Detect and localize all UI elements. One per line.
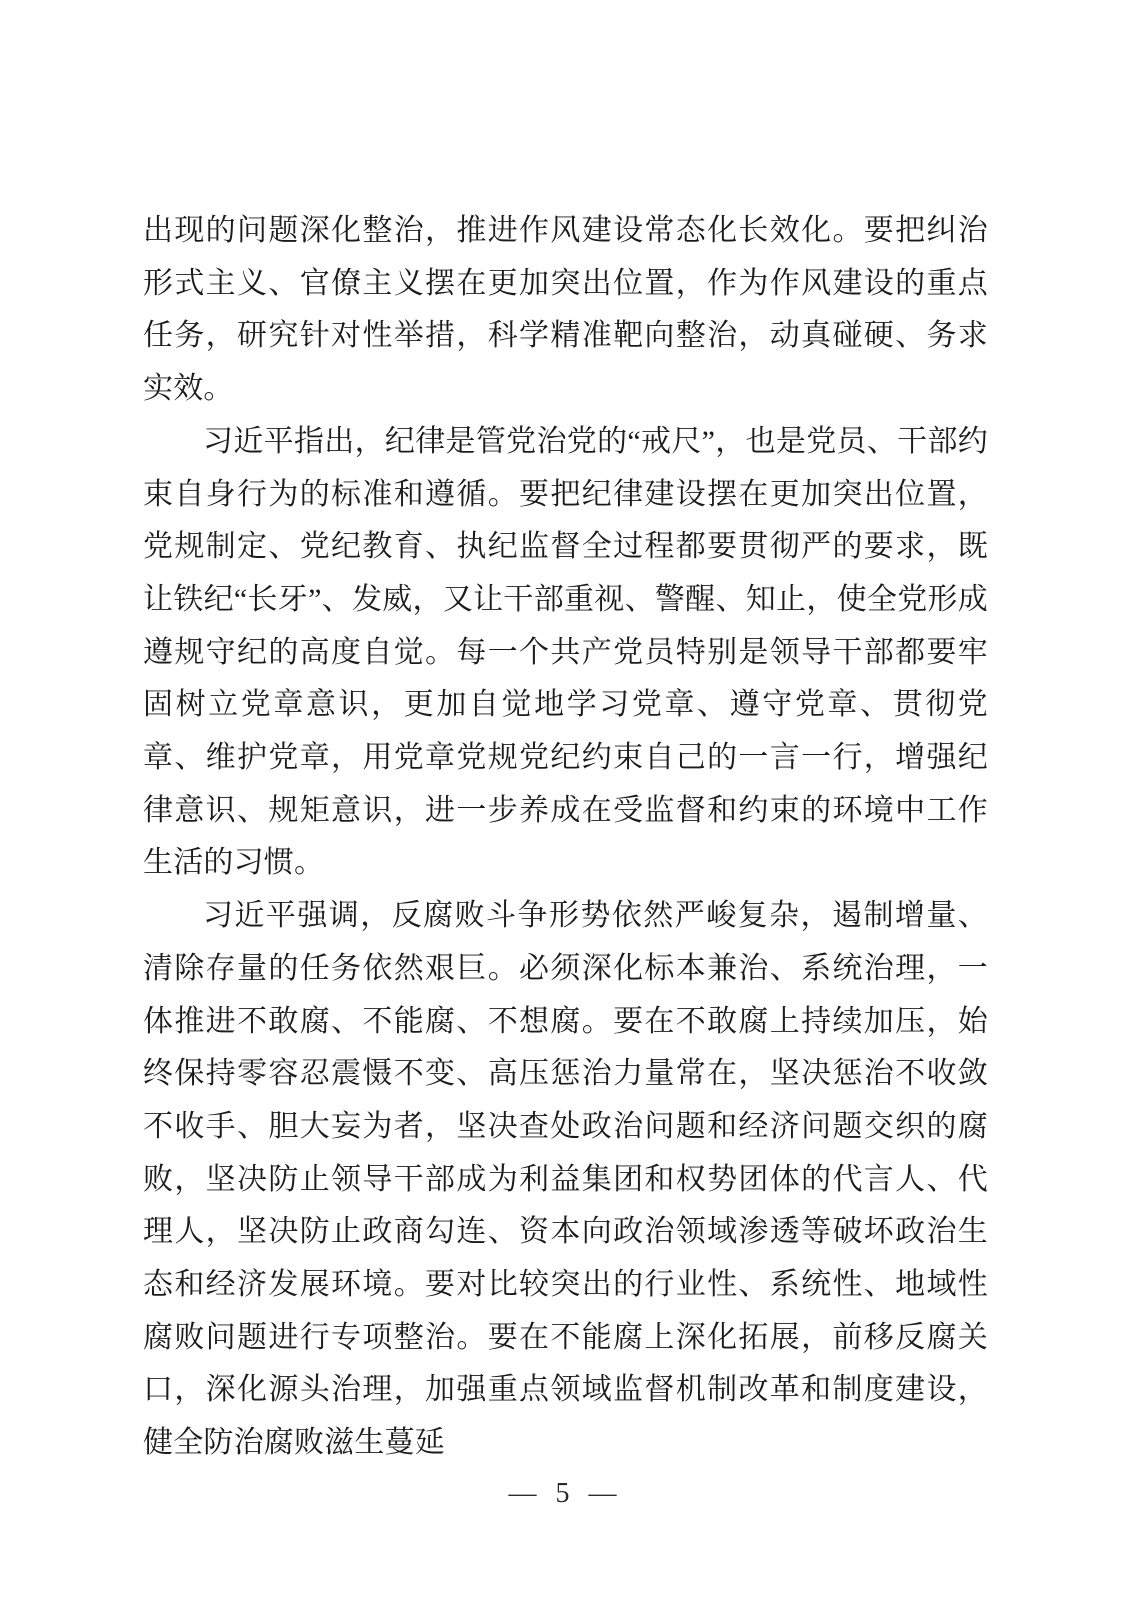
- document-page: 出现的问题深化整治，推进作风建设常态化长效化。要把纠治形式主义、官僚主义摆在更加…: [0, 0, 1131, 1600]
- page-number: — 5 —: [0, 1478, 1131, 1510]
- paragraph-anticorruption: 习近平强调，反腐败斗争形势依然严峻复杂，遏制增量、清除存量的任务依然艰巨。必须深…: [143, 890, 988, 1470]
- document-body: 出现的问题深化整治，推进作风建设常态化长效化。要把纠治形式主义、官僚主义摆在更加…: [143, 205, 988, 1470]
- paragraph-continuation: 出现的问题深化整治，推进作风建设常态化长效化。要把纠治形式主义、官僚主义摆在更加…: [143, 205, 988, 416]
- paragraph-discipline: 习近平指出，纪律是管党治党的“戒尺”，也是党员、干部约束自身行为的标准和遵循。要…: [143, 416, 988, 890]
